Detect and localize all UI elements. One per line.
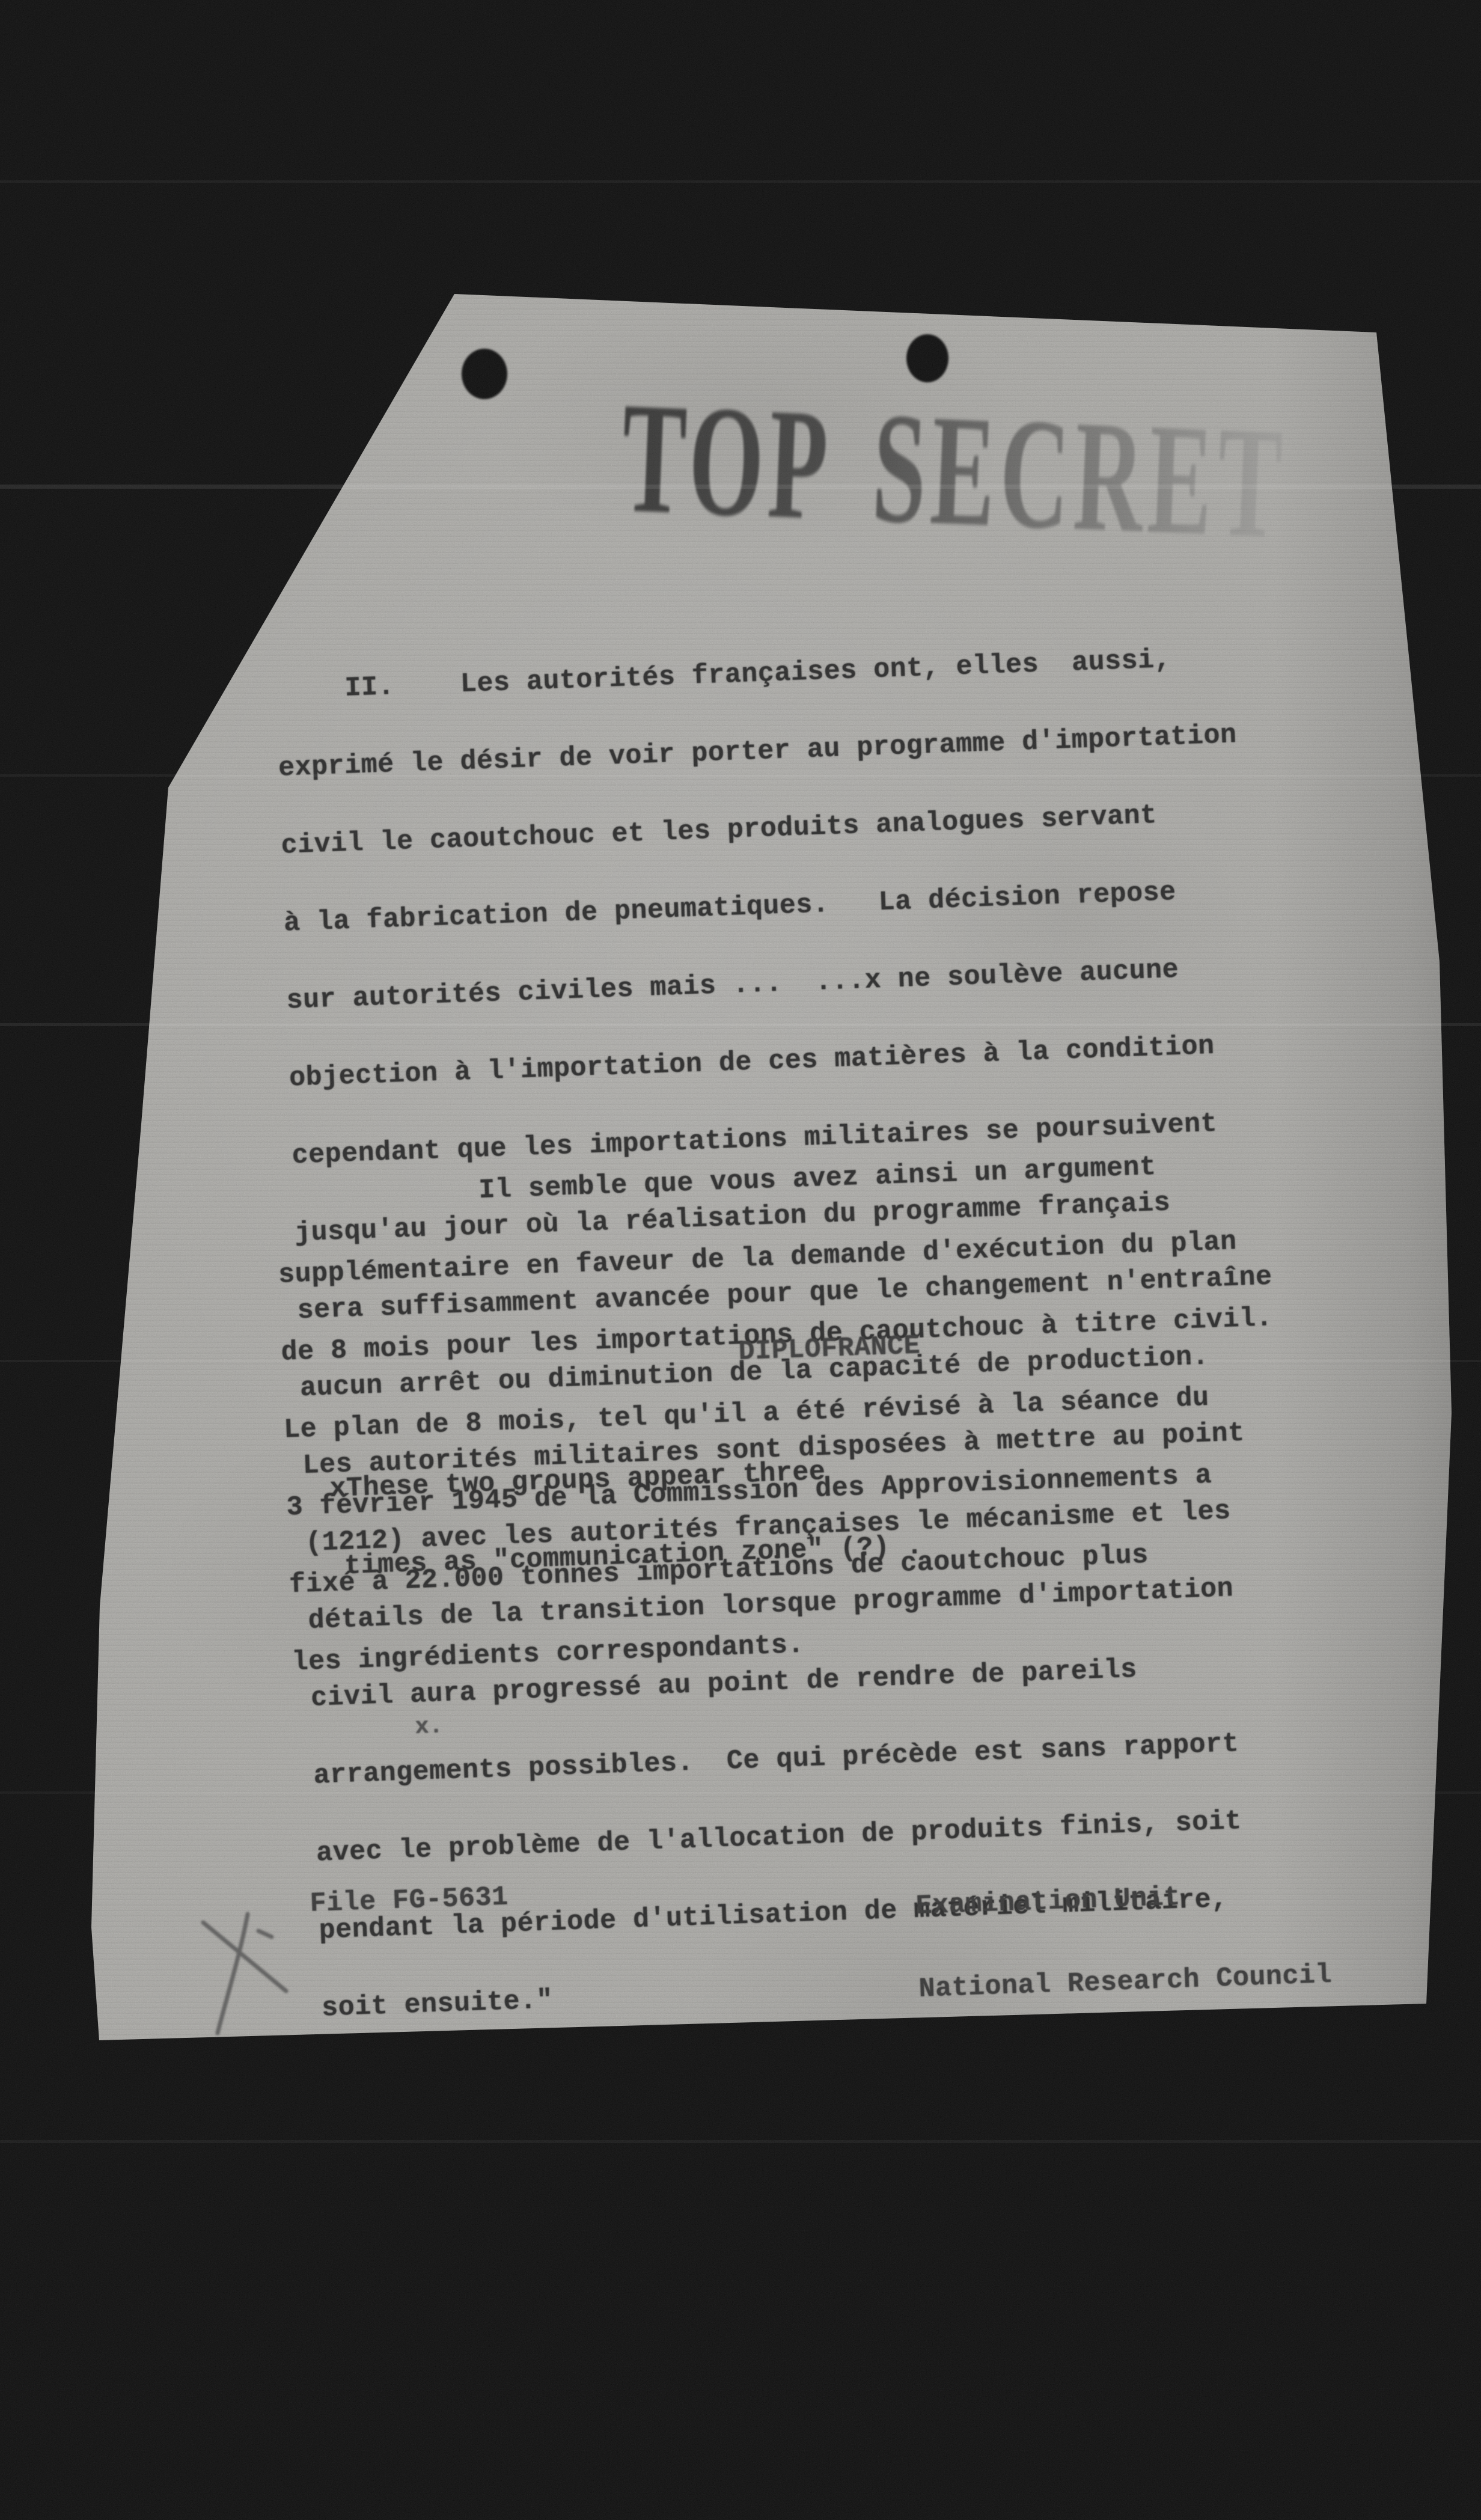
attribution-line: Examination Unit: [915, 1877, 1330, 1922]
scan-streak: [0, 2140, 1481, 2143]
typed-line: civil le caoutchouc et les produits anal…: [281, 799, 1256, 859]
attribution-line: National Research Council: [918, 1960, 1333, 2005]
photostat-scan: TOP SECRET II. Les autorités françaises …: [0, 0, 1481, 2520]
top-secret-stamp: TOP SECRET: [618, 379, 1289, 564]
typed-line: objection à l'importation de ces matière…: [289, 1032, 1265, 1092]
typed-line: arrangements possibles. Ce qui précède e…: [313, 1729, 1289, 1789]
punch-hole-left: [462, 349, 507, 399]
typed-line: xThese two groups appear three: [329, 1456, 921, 1502]
typed-line: II. Les autorités françaises ont, elles …: [275, 644, 1251, 704]
typed-line: sur autorités civiles mais ... ...x ne s…: [286, 954, 1262, 1014]
document-sheet: TOP SECRET II. Les autorités françaises …: [0, 0, 1481, 2520]
typed-line: Il semble que vous avez ainsi un argumen…: [275, 1150, 1268, 1211]
signature-diplofrance: DIPLOFRANCE: [738, 1333, 921, 1365]
typed-line: times as "communication zone" (?) .: [332, 1534, 924, 1580]
typed-line: exprimé le désir de voir porter au progr…: [278, 721, 1254, 781]
translator-footnote: xThese two groups appear three times as …: [328, 1404, 925, 1632]
typed-line: à la fabrication de pneumatiques. La déc…: [284, 876, 1259, 937]
typed-line: supplémentaire en faveur de la demande d…: [278, 1228, 1271, 1288]
stray-typed-mark: x.: [415, 1713, 444, 1740]
punch-hole-right: [906, 334, 948, 382]
attribution-block: Examination Unit National Research Counc…: [914, 1825, 1337, 2140]
attribution-line: March 7, 1945: [921, 2043, 1336, 2088]
scan-streak: [0, 180, 1481, 183]
handwritten-x-mark: [168, 1876, 379, 2056]
